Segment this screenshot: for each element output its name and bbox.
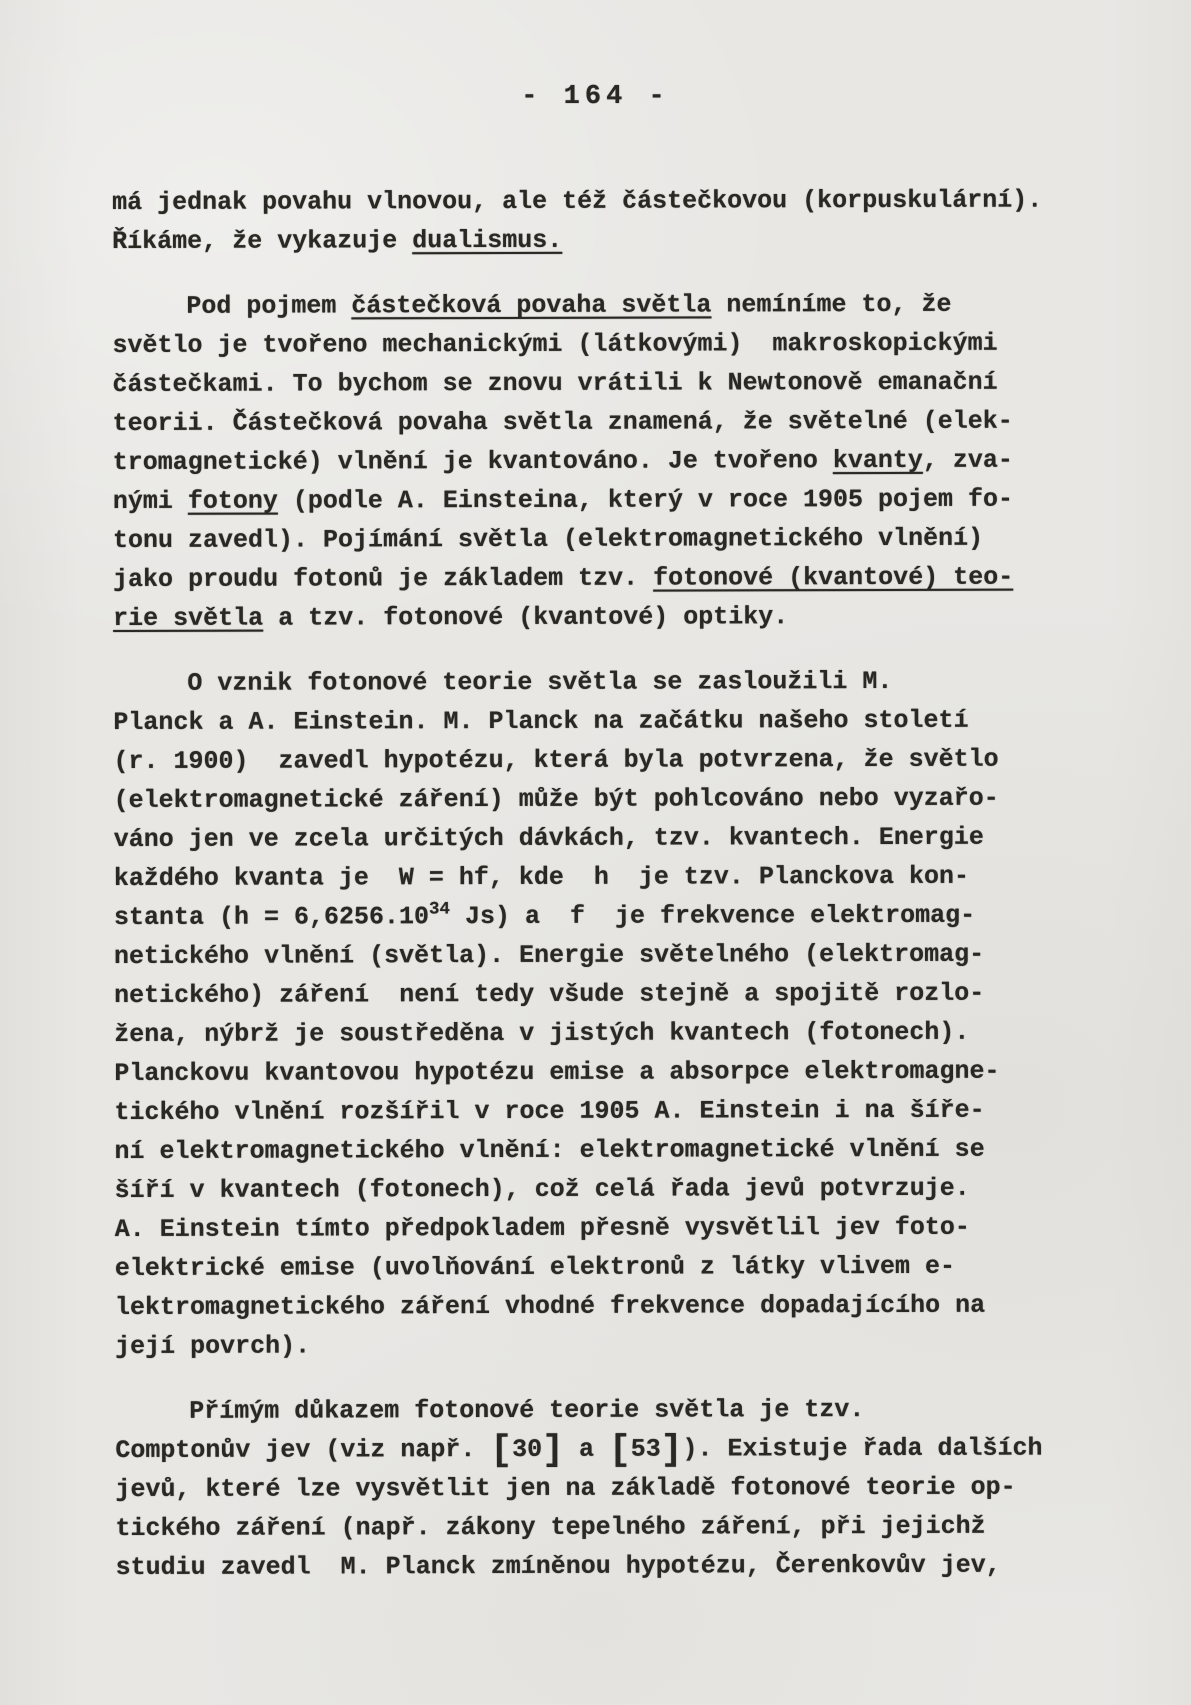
- text-segment: Js) a f je frekvence elektromag-: [450, 901, 975, 931]
- text-segment: každého kvanta je W = hf, kde h je tzv. …: [114, 862, 969, 893]
- text-segment: (elektromagnetické záření) může být pohl…: [114, 784, 999, 815]
- text-segment: tromagnetické) vlnění je kvantováno. Je …: [113, 446, 833, 477]
- superscript-text: 34: [429, 899, 450, 919]
- text-segment: Přímým důkazem fotonové teorie světla je…: [189, 1395, 864, 1426]
- citation-bracket: [: [490, 1430, 512, 1471]
- text-segment: 53: [631, 1435, 661, 1464]
- underlined-text: kvanty: [833, 446, 923, 475]
- underlined-text: částečková povaha světla: [351, 290, 711, 320]
- underlined-text: fotony: [188, 487, 278, 516]
- text-segment: a: [564, 1435, 609, 1464]
- citation-bracket: ]: [661, 1429, 683, 1470]
- text-line: Comptonův jev (viz např. [30] a [53]). E…: [115, 1429, 1065, 1470]
- text-line: teorii. Částečková povaha světla znamená…: [113, 402, 1063, 443]
- paragraph: O vznik fotonové teorie světla se zaslou…: [113, 662, 1065, 1366]
- text-segment: šíří v kvantech (fotonech), což celá řad…: [115, 1174, 970, 1205]
- text-segment: netického) záření není tedy všude stejně…: [114, 979, 984, 1010]
- text-line: žena, nýbrž je soustředěna v jistých kva…: [114, 1013, 1064, 1054]
- text-segment: má jednak povahu vlnovou, ale též částeč…: [112, 186, 1042, 217]
- text-segment: (podle A. Einsteina, který v roce 1905 p…: [278, 485, 1013, 516]
- text-line: tonu zavedl). Pojímání světla (elektroma…: [113, 519, 1063, 560]
- text-line: světlo je tvořeno mechanickými (látkovým…: [112, 324, 1062, 365]
- text-segment: Říkáme, že vykazuje: [112, 226, 412, 256]
- text-line: Říkáme, že vykazuje dualismus.: [112, 220, 1062, 261]
- text-segment: jako proudu fotonů je základem tzv.: [113, 564, 653, 594]
- text-segment: , zva-: [923, 446, 1013, 475]
- text-line: O vznik fotonové teorie světla se zaslou…: [113, 662, 1063, 703]
- underlined-text: rie světla: [113, 604, 263, 633]
- text-line: A. Einstein tímto předpokladem přesně vy…: [115, 1208, 1065, 1249]
- text-segment: nemíníme to, že: [711, 290, 951, 320]
- text-segment: O vznik fotonové teorie světla se zaslou…: [187, 667, 892, 698]
- text-segment: její povrch).: [115, 1331, 310, 1361]
- text-segment: netického vlnění (světla). Energie světe…: [114, 940, 984, 971]
- text-line: Přímým důkazem fotonové teorie světla je…: [115, 1390, 1065, 1431]
- text-line: její povrch).: [115, 1325, 1065, 1366]
- text-segment: ). Existuje řada dalších: [682, 1434, 1042, 1464]
- text-segment: částečkami. To bychom se znovu vrátili k…: [112, 368, 997, 399]
- text-line: Planckovu kvantovou hypotézu emise a abs…: [114, 1052, 1064, 1093]
- paragraph: Pod pojmem částečková povaha světla nemí…: [112, 285, 1063, 638]
- text-line: (elektromagnetické záření) může být pohl…: [114, 779, 1064, 820]
- text-segment: (r. 1900) zavedl hypotézu, která byla po…: [113, 745, 998, 776]
- text-segment: tického záření (např. zákony tepelného z…: [115, 1512, 985, 1543]
- text-line: jako proudu fotonů je základem tzv. foto…: [113, 558, 1063, 599]
- citation-bracket: [: [609, 1429, 631, 1470]
- text-segment: Planck a A. Einstein. M. Planck na začát…: [113, 706, 968, 737]
- scanned-document-page: - 164 - má jednak povahu vlnovou, ale té…: [0, 0, 1191, 1705]
- text-line: má jednak povahu vlnovou, ale též částeč…: [112, 181, 1062, 222]
- text-line: stanta (h = 6,6256.1034 Js) a f je frekv…: [114, 896, 1064, 937]
- text-line: nými fotony (podle A. Einsteina, který v…: [113, 480, 1063, 521]
- page-number: - 164 -: [0, 82, 1191, 112]
- text-segment: jevů, které lze vysvětlit jen na základě…: [115, 1473, 1015, 1504]
- text-segment: lektromagnetického záření vhodné frekven…: [115, 1291, 985, 1322]
- text-line: každého kvanta je W = hf, kde h je tzv. …: [114, 857, 1064, 898]
- paragraph: Přímým důkazem fotonové teorie světla je…: [115, 1390, 1066, 1587]
- citation-bracket: ]: [542, 1429, 564, 1470]
- text-line: ní elektromagnetického vlnění: elektroma…: [114, 1130, 1064, 1171]
- text-segment: žena, nýbrž je soustředěna v jistých kva…: [114, 1018, 969, 1049]
- text-line: elektrické emise (uvolňování elektronů z…: [115, 1247, 1065, 1288]
- text-segment: váno jen ve zcela určitých dávkách, tzv.…: [114, 823, 984, 854]
- text-line: rie světla a tzv. fotonové (kvantové) op…: [113, 597, 1063, 638]
- underlined-text: dualismus.: [412, 226, 562, 255]
- text-segment: A. Einstein tímto předpokladem přesně vy…: [115, 1213, 970, 1244]
- text-segment: elektrické emise (uvolňování elektronů z…: [115, 1252, 955, 1283]
- text-segment: světlo je tvořeno mechanickými (látkovým…: [112, 329, 997, 360]
- text-line: jevů, které lze vysvětlit jen na základě…: [115, 1468, 1065, 1509]
- underlined-text: fotonové (kvantové) teo-: [653, 563, 1013, 593]
- text-line: tického záření (např. zákony tepelného z…: [115, 1507, 1065, 1548]
- text-segment: Planckovu kvantovou hypotézu emise a abs…: [114, 1057, 999, 1088]
- text-line: (r. 1900) zavedl hypotézu, která byla po…: [113, 740, 1063, 781]
- text-line: Pod pojmem částečková povaha světla nemí…: [112, 285, 1062, 326]
- text-segment: a tzv. fotonové (kvantové) optiky.: [263, 602, 788, 632]
- text-line: tromagnetické) vlnění je kvantováno. Je …: [113, 441, 1063, 482]
- text-segment: Comptonův jev (viz např.: [115, 1435, 490, 1465]
- text-segment: ní elektromagnetického vlnění: elektroma…: [114, 1135, 984, 1166]
- text-segment: Pod pojmem: [186, 291, 351, 320]
- text-segment: 30: [512, 1435, 542, 1464]
- text-segment: tického vlnění rozšířil v roce 1905 A. E…: [114, 1096, 984, 1127]
- text-line: šíří v kvantech (fotonech), což celá řad…: [115, 1169, 1065, 1210]
- text-line: lektromagnetického záření vhodné frekven…: [115, 1286, 1065, 1327]
- paragraph: má jednak povahu vlnovou, ale též částeč…: [112, 181, 1062, 261]
- text-segment: studiu zavedl M. Planck zmíněnou hypotéz…: [116, 1551, 1001, 1582]
- text-segment: tonu zavedl). Pojímání světla (elektroma…: [113, 524, 983, 555]
- text-block: má jednak povahu vlnovou, ale též částeč…: [112, 181, 1066, 1587]
- text-line: studiu zavedl M. Planck zmíněnou hypotéz…: [116, 1546, 1066, 1587]
- text-line: Planck a A. Einstein. M. Planck na začát…: [113, 701, 1063, 742]
- text-line: tického vlnění rozšířil v roce 1905 A. E…: [114, 1091, 1064, 1132]
- text-segment: nými: [113, 487, 188, 516]
- text-line: netického vlnění (světla). Energie světe…: [114, 935, 1064, 976]
- text-segment: teorii. Částečková povaha světla znamená…: [113, 407, 1013, 438]
- text-segment: stanta (h = 6,6256.10: [114, 902, 429, 932]
- text-line: netického) záření není tedy všude stejně…: [114, 974, 1064, 1015]
- text-line: částečkami. To bychom se znovu vrátili k…: [112, 363, 1062, 404]
- text-line: váno jen ve zcela určitých dávkách, tzv.…: [114, 818, 1064, 859]
